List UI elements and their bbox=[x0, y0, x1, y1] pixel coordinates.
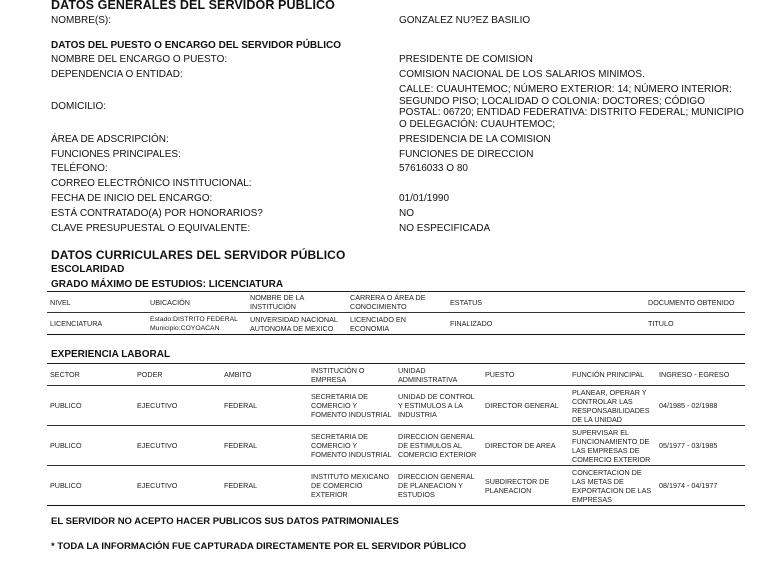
cell-institucion: SECRETARIA DE COMERCIO Y FOMENTO INDUSTR… bbox=[308, 386, 395, 426]
cell-puesto: DIRECTOR GENERAL bbox=[482, 386, 569, 426]
col-header-carrera: CARRERA O ÁREA DE CONOCIMIENTO bbox=[347, 292, 447, 313]
field-value-domicilio: CALLE: CUAUHTEMOC; NÚMERO EXTERIOR: 14; … bbox=[399, 84, 747, 131]
cell-carrera: LICENCIADO EN ECONOMIA bbox=[347, 313, 447, 335]
col-header-unidad: UNIDAD ADMINISTRATIVA bbox=[395, 364, 482, 386]
cell-funcion: PLANEAR, OPERAR Y CONTROLAR LAS RESPONSA… bbox=[569, 386, 656, 426]
cell-ingreso-egreso: 08/1974 - 04/1977 bbox=[656, 466, 745, 506]
cell-funcion: CONCERTACION DE LAS METAS DE EXPORTACION… bbox=[569, 466, 656, 506]
section-title-curriculares: DATOS CURRICULARES DEL SERVIDOR PÚBLICO bbox=[51, 248, 345, 262]
table-row: LICENCIATURA Estado:DISTRITO FEDERAL Mun… bbox=[47, 313, 745, 335]
cell-estatus: FINALIZADO bbox=[447, 313, 547, 335]
cell-institucion: INSTITUTO MEXICANO DE COMERCIO EXTERIOR bbox=[308, 466, 395, 506]
section-title-datos-generales: DATOS GENERALES DEL SERVIDOR PUBLICO bbox=[51, 0, 335, 12]
cell-funcion: SUPERVISAR EL FUNCIONAMIENTO DE LAS EMPR… bbox=[569, 426, 656, 466]
cell-sector: PUBLICO bbox=[47, 466, 134, 506]
field-value-area: PRESIDENCIA DE LA COMISION bbox=[399, 134, 749, 146]
field-value-honorarios: NO bbox=[399, 208, 749, 220]
field-label-dependencia: DEPENDENCIA O ENTIDAD: bbox=[51, 69, 183, 81]
col-header-nivel: NIVEL bbox=[47, 292, 147, 313]
cell-unidad: UNIDAD DE CONTROL Y ESTIMULOS A LA INDUS… bbox=[395, 386, 482, 426]
cell-ingreso-egreso: 04/1985 - 02/1988 bbox=[656, 386, 745, 426]
field-value-telefono: 57616033 O 80 bbox=[399, 163, 749, 175]
document-page: DATOS GENERALES DEL SERVIDOR PUBLICO NOM… bbox=[0, 0, 776, 580]
cell-ambito: FEDERAL bbox=[221, 386, 308, 426]
col-header-puesto: PUESTO bbox=[482, 364, 569, 386]
nombre-label: NOMBRE(S): bbox=[51, 15, 111, 27]
patrimonial-notice: EL SERVIDOR NO ACEPTO HACER PUBLICOS SUS… bbox=[51, 516, 399, 527]
field-value-clave: NO ESPECIFICADA bbox=[399, 223, 749, 235]
cell-sector: PUBLICO bbox=[47, 426, 134, 466]
col-header-ubicacion: UBICACIÓN bbox=[147, 292, 247, 313]
field-label-puesto: NOMBRE DEL ENCARGO O PUESTO: bbox=[51, 54, 227, 66]
col-header-institucion: INSTITUCIÓN O EMPRESA bbox=[308, 364, 395, 386]
nombre-value: GONZALEZ NU?EZ BASILIO bbox=[399, 15, 749, 27]
grado-maximo-label: GRADO MÁXIMO DE ESTUDIOS: LICENCIATURA bbox=[51, 279, 283, 290]
col-header-ingreso-egreso: INGRESO - EGRESO bbox=[656, 364, 745, 386]
field-label-funciones: FUNCIONES PRINCIPALES: bbox=[51, 149, 181, 161]
col-header-institucion: NOMBRE DE LA INSTITUCIÓN bbox=[247, 292, 347, 313]
cell-poder: EJECUTIVO bbox=[134, 386, 221, 426]
field-value-puesto: PRESIDENTE DE COMISION bbox=[399, 54, 749, 66]
section-title-puesto: DATOS DEL PUESTO O ENCARGO DEL SERVIDOR … bbox=[51, 40, 341, 51]
cell-documento: TITULO bbox=[645, 313, 745, 335]
field-label-honorarios: ESTÁ CONTRATADO(A) POR HONORARIOS? bbox=[51, 208, 263, 220]
cell-unidad: DIRECCION GENERAL DE ESTIMULOS AL COMERC… bbox=[395, 426, 482, 466]
col-header-documento: DOCUMENTO OBTENIDO bbox=[645, 292, 745, 313]
col-header-sector: SECTOR bbox=[47, 364, 134, 386]
cell-sector: PUBLICO bbox=[47, 386, 134, 426]
cell-ingreso-egreso: 05/1977 - 03/1985 bbox=[656, 426, 745, 466]
cell-blank bbox=[547, 313, 645, 335]
field-label-area: ÁREA DE ADSCRIPCIÓN: bbox=[51, 134, 169, 146]
cell-poder: EJECUTIVO bbox=[134, 426, 221, 466]
cell-ambito: FEDERAL bbox=[221, 426, 308, 466]
cell-poder: EJECUTIVO bbox=[134, 466, 221, 506]
cell-nivel: LICENCIATURA bbox=[47, 313, 147, 335]
col-header-blank bbox=[547, 292, 645, 313]
cell-ubicacion: Estado:DISTRITO FEDERAL Municipio:COYOAC… bbox=[147, 313, 247, 335]
capture-notice: * TODA LA INFORMACIÓN FUE CAPTURADA DIRE… bbox=[51, 541, 466, 552]
field-label-domicilio: DOMICILIO: bbox=[51, 101, 106, 113]
cell-institucion: SECRETARIA DE COMERCIO Y FOMENTO INDUSTR… bbox=[308, 426, 395, 466]
field-label-telefono: TELÉFONO: bbox=[51, 163, 108, 175]
cell-unidad: DIRECCION GENERAL DE PLANEACION Y ESTUDI… bbox=[395, 466, 482, 506]
table-row: PUBLICO EJECUTIVO FEDERAL INSTITUTO MEXI… bbox=[47, 466, 745, 506]
table-row: PUBLICO EJECUTIVO FEDERAL SECRETARIA DE … bbox=[47, 426, 745, 466]
experiencia-header-row: SECTOR PODER AMBITO INSTITUCIÓN O EMPRES… bbox=[47, 364, 745, 386]
cell-institucion: UNIVERSIDAD NACIONAL AUTONOMA DE MEXICO bbox=[247, 313, 347, 335]
table-row: PUBLICO EJECUTIVO FEDERAL SECRETARIA DE … bbox=[47, 386, 745, 426]
cell-puesto: SUBDIRECTOR DE PLANEACION bbox=[482, 466, 569, 506]
field-value-fecha-inicio: 01/01/1990 bbox=[399, 193, 749, 205]
cell-ambito: FEDERAL bbox=[221, 466, 308, 506]
col-header-poder: PODER bbox=[134, 364, 221, 386]
escolaridad-table: NIVEL UBICACIÓN NOMBRE DE LA INSTITUCIÓN… bbox=[47, 291, 745, 335]
escolaridad-label: ESCOLARIDAD bbox=[51, 264, 124, 275]
experiencia-table: SECTOR PODER AMBITO INSTITUCIÓN O EMPRES… bbox=[47, 363, 745, 506]
experiencia-laboral-label: EXPERIENCIA LABORAL bbox=[51, 349, 170, 360]
col-header-estatus: ESTATUS bbox=[447, 292, 547, 313]
field-value-funciones: FUNCIONES DE DIRECCION bbox=[399, 149, 749, 161]
col-header-ambito: AMBITO bbox=[221, 364, 308, 386]
field-label-clave: CLAVE PRESUPUESTAL O EQUIVALENTE: bbox=[51, 223, 250, 235]
cell-puesto: DIRECTOR DE AREA bbox=[482, 426, 569, 466]
escolaridad-header-row: NIVEL UBICACIÓN NOMBRE DE LA INSTITUCIÓN… bbox=[47, 292, 745, 313]
field-value-dependencia: COMISION NACIONAL DE LOS SALARIOS MINIMO… bbox=[399, 69, 749, 81]
col-header-funcion: FUNCIÓN PRINCIPAL bbox=[569, 364, 656, 386]
field-label-fecha-inicio: FECHA DE INICIO DEL ENCARGO: bbox=[51, 193, 212, 205]
field-label-correo: CORREO ELECTRÓNICO INSTITUCIONAL: bbox=[51, 178, 252, 190]
